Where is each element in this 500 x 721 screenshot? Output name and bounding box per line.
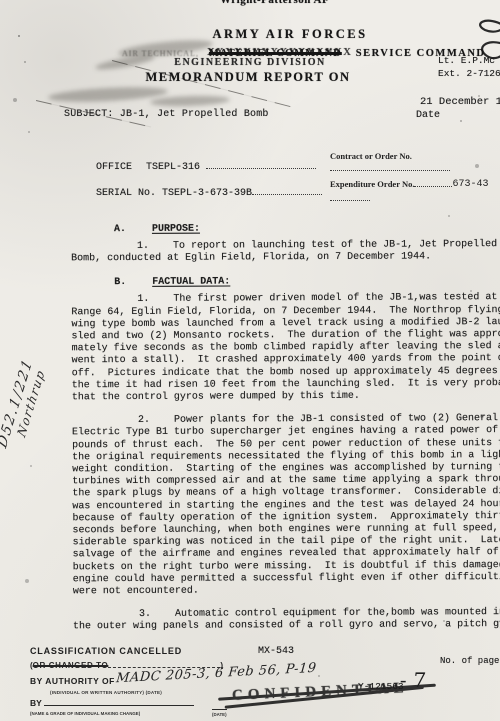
org-title: ARMY AIR FORCES: [150, 27, 430, 42]
fill-in-rule: [44, 698, 194, 706]
division-title: ENGINEERING DIVISION: [150, 57, 350, 68]
pages-handwritten: - 7: [399, 668, 427, 692]
contact-extension: Ext. 2-7126: [438, 68, 500, 80]
contact-name: Lt. E.P.Mc: [438, 55, 495, 67]
date-value: 21 December 1: [420, 96, 500, 108]
expenditure-label: Expenditure Order No.: [330, 179, 414, 189]
expenditure-row: Expenditure Order No.673-43: [330, 177, 500, 203]
report-title: MEMORANDUM REPORT ON: [128, 70, 368, 85]
section-letter: B.: [114, 276, 126, 289]
serial-row: SERIAL No.TSEPL-3-673-39B: [72, 173, 322, 213]
serial-value: TSEPL-3-673-39B: [162, 188, 252, 199]
pages-label: No. of pages: [440, 655, 500, 667]
authority-label: BY AUTHORITY OF: [30, 676, 115, 686]
scan-noise-specks: [18, 35, 20, 37]
by-line: BY: [30, 698, 194, 708]
stamp-smudge: [150, 95, 230, 108]
letterhead-clipped: Wright-Patterson AF: [220, 0, 329, 6]
purpose-paragraph: 1. To report on launching test of the JB…: [71, 239, 500, 266]
section-b-heading: B. FACTUAL DATA:: [114, 274, 500, 289]
date-label: Date: [416, 110, 440, 121]
section-title: PURPOSE:: [152, 223, 200, 236]
section-title: FACTUAL DATA:: [152, 276, 230, 289]
changed-to-struck: OR CHANGED TO: [33, 661, 109, 670]
leader-dots: [252, 185, 322, 195]
memo-body: A. PURPOSE: 1. To report on launching te…: [71, 221, 500, 645]
classification-cancelled: CLASSIFICATION CANCELLED: [30, 646, 182, 656]
factual-data-paragraph-3: 3. Automatic control equipment for the,b…: [73, 607, 500, 634]
subject-line: SUBJECT: JB-1, Jet Propelled Bomb: [64, 109, 269, 121]
mx-number: MX-543: [258, 646, 294, 658]
contract-label: Contract or Order No.: [330, 151, 412, 161]
scanned-memo-page: Wright-Patterson AF ARMY AIR FORCES AIR …: [0, 0, 500, 721]
leader-dots: [414, 177, 452, 187]
authority-caption: (INDIVIDUAL OR WRITTEN AUTHORITY) (DATE): [50, 690, 162, 695]
date-caption: (DATE): [212, 709, 227, 717]
serial-label: SERIAL No.: [96, 188, 156, 199]
by-label: BY: [30, 698, 42, 708]
factual-data-paragraph-2: 2. Power plants for the JB-1 consisted o…: [72, 413, 500, 599]
expenditure-value: 673-43: [452, 179, 488, 190]
office-value: TSEPL-316: [146, 162, 200, 173]
contract-row: Contract or Order No.: [330, 151, 500, 173]
section-letter: A.: [114, 223, 126, 236]
document-number: Y-121563: [358, 681, 404, 693]
leader-dots: [330, 191, 370, 201]
leader-dots: [330, 161, 450, 171]
date-row: Date 21 December 1: [392, 98, 440, 147]
section-a-heading: A. PURPOSE:: [114, 221, 500, 236]
name-grade-caption: (NAME & GRADE OF INDIVIDUAL MAKING CHANG…: [30, 711, 140, 716]
margin-note-handwritten: D52.1/221 Northrup: [0, 273, 76, 454]
office-label: OFFICE: [96, 162, 132, 173]
factual-data-paragraph-1: 1. The first power driven model of the J…: [71, 292, 500, 404]
leader-dots: [206, 159, 316, 169]
